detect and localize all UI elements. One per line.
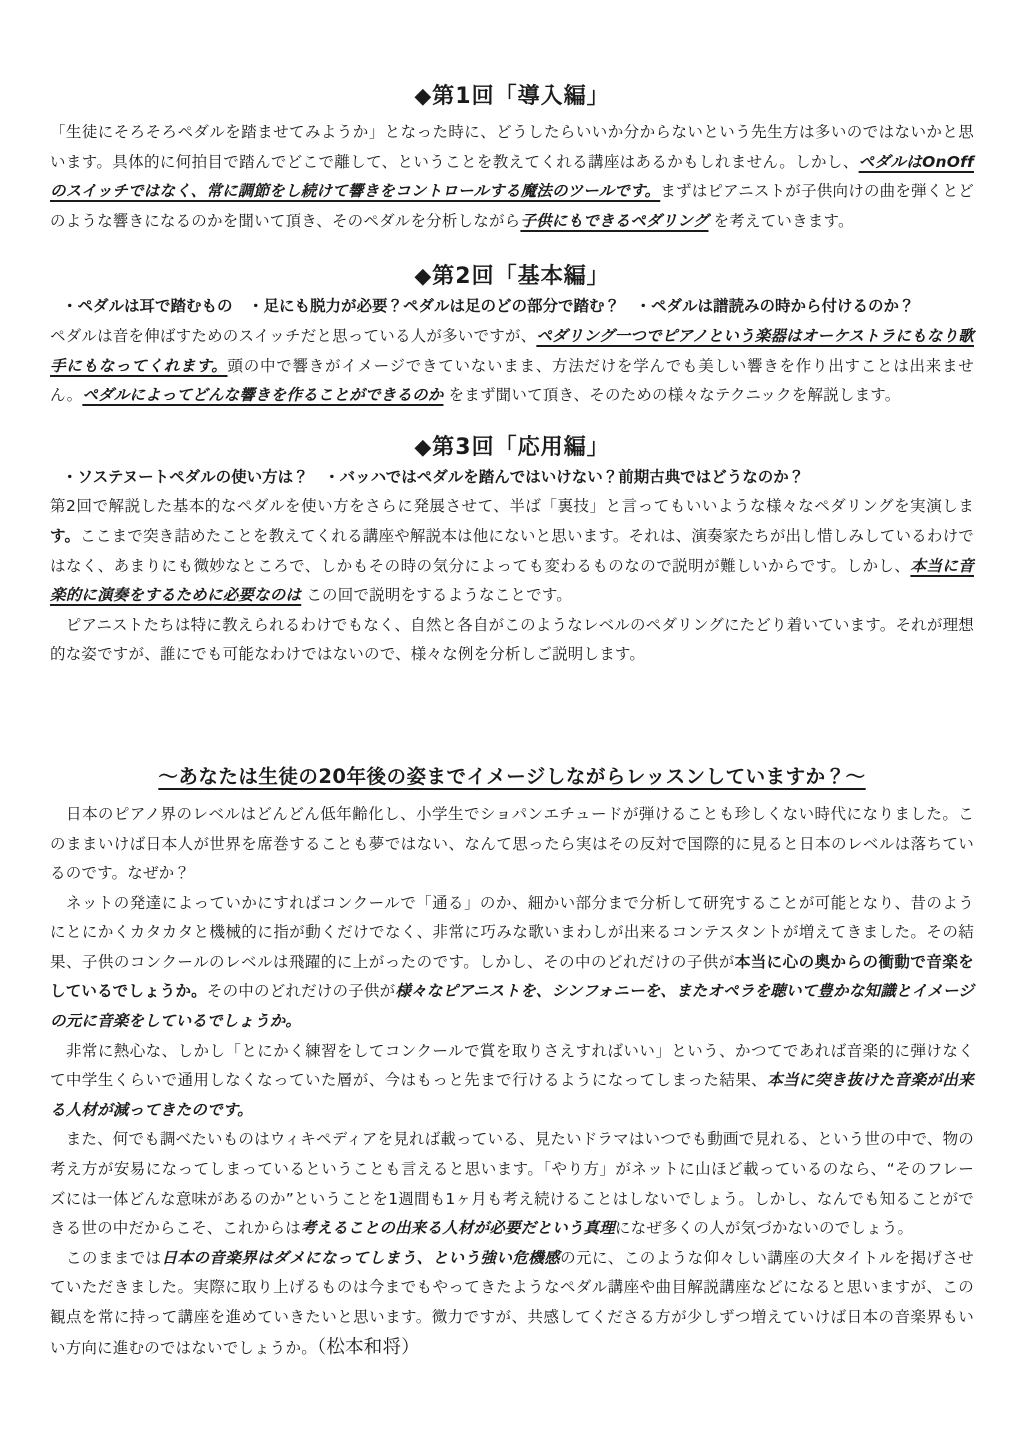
text-run: この回で説明をするようなことです。 [301,586,572,604]
section-title: ◆第3回「応用編」 [50,433,974,463]
text-run: ピアニストたちは特に教えられるわけでもなく、自然と各自がこのようなレベルのペダリ… [50,616,974,664]
section-lesson-2-basics: ◆第2回「基本編」 ・ペダルは耳で踏むもの ・足にも脱力が必要？ペダルは足のどの… [50,262,974,410]
essay-section: ～あなたは生徒の20年後の姿までイメージしながらレッスンしていますか？～ 日本の… [50,762,974,1363]
paragraph: 「生徒にそろそろペダルを踏ませてみようか」となった時に、どうしたらいいか分からな… [50,118,974,236]
text-run: 「生徒にそろそろペダルを踏ませてみようか」となった時に、どうしたらいいか分からな… [50,123,974,171]
paragraph: ネットの発達によっていかにすればコンクールで「通る」のか、細かい部分まで分析して… [50,889,974,1037]
text-run: す。 [50,527,80,545]
text-run: をまず聞いて頂き、そのための様々なテクニックを解説します。 [443,386,900,404]
paragraph: 第2回で解説した基本的なペダルを使い方をさらに発展させて、半ば「裏技」と言っても… [50,492,974,610]
text-run: になぜ多くの人が気づかないのでしょう。 [615,1219,913,1237]
section-lesson-1-intro: ◆第1回「導入編」 「生徒にそろそろペダルを踏ませてみようか」となった時に、どう… [50,82,974,236]
paragraph: ペダルは音を伸ばすためのスイッチだと思っている人が多いですが、ペダリング一つでピ… [50,322,974,411]
paragraph: 非常に熱心な、しかし「とにかく練習をしてコンクールで賞を取りさえすればいい」とい… [50,1037,974,1126]
essay-title: ～あなたは生徒の20年後の姿までイメージしながらレッスンしていますか？～ [158,762,865,792]
section-title: ◆第1回「導入編」 [50,82,974,112]
paragraph: このままでは日本の音楽界はダメになってしまう、という強い危機感の元に、このような… [50,1244,974,1363]
text-run: 考えることの出来る人材が必要だという真理 [301,1219,615,1237]
section-lesson-3-advanced: ◆第3回「応用編」 ・ソステヌートペダルの使い方は？ ・バッハではペダルを踏んで… [50,433,974,670]
section-bullets: ・ペダルは耳で踏むもの ・足にも脱力が必要？ペダルは足のどの部分で踏む？ ・ペダ… [50,292,974,322]
text-run: ペダルによってどんな響きを作ることができるのか [82,386,443,404]
text-run: 日本の音楽界はダメになってしまう、という強い危機感 [162,1249,561,1267]
text-run: （松本和将） [317,1337,420,1358]
text-run: ここまで突き詰めたことを教えてくれる講座や解説本は他にないと思います。それは、演… [50,527,974,575]
text-run: 第2回で解説した基本的なペダルを使い方をさらに発展させて、半ば「裏技」と言っても… [50,497,974,515]
paragraph: ピアニストたちは特に教えられるわけでもなく、自然と各自がこのようなレベルのペダリ… [50,611,974,670]
document-page: ◆第1回「導入編」 「生徒にそろそろペダルを踏ませてみようか」となった時に、どう… [0,0,1024,1447]
essay-title-wrap: ～あなたは生徒の20年後の姿までイメージしながらレッスンしていますか？～ [50,762,974,792]
section-bullets: ・ソステヌートペダルの使い方は？ ・バッハではペダルを踏んではいけない？前期古典… [50,463,974,493]
text-run: その中のどれだけの子供が [207,982,395,1000]
paragraph: また、何でも調べたいものはウィキペディアを見れば載っている、見たいドラマはいつで… [50,1125,974,1243]
text-run: 子供にもできるペダリング [520,212,708,230]
text-run: ペダルは音を伸ばすためのスイッチだと思っている人が多いですが、 [50,327,536,345]
paragraph: 日本のピアノ界のレベルはどんどん低年齢化し、小学生でショパンエチュードが弾けるこ… [50,800,974,889]
text-run: 日本のピアノ界のレベルはどんどん低年齢化し、小学生でショパンエチュードが弾けるこ… [50,805,974,882]
section-title: ◆第2回「基本編」 [50,262,974,292]
text-run: を考えていきます。 [708,212,853,230]
text-run: このままでは [50,1249,162,1267]
